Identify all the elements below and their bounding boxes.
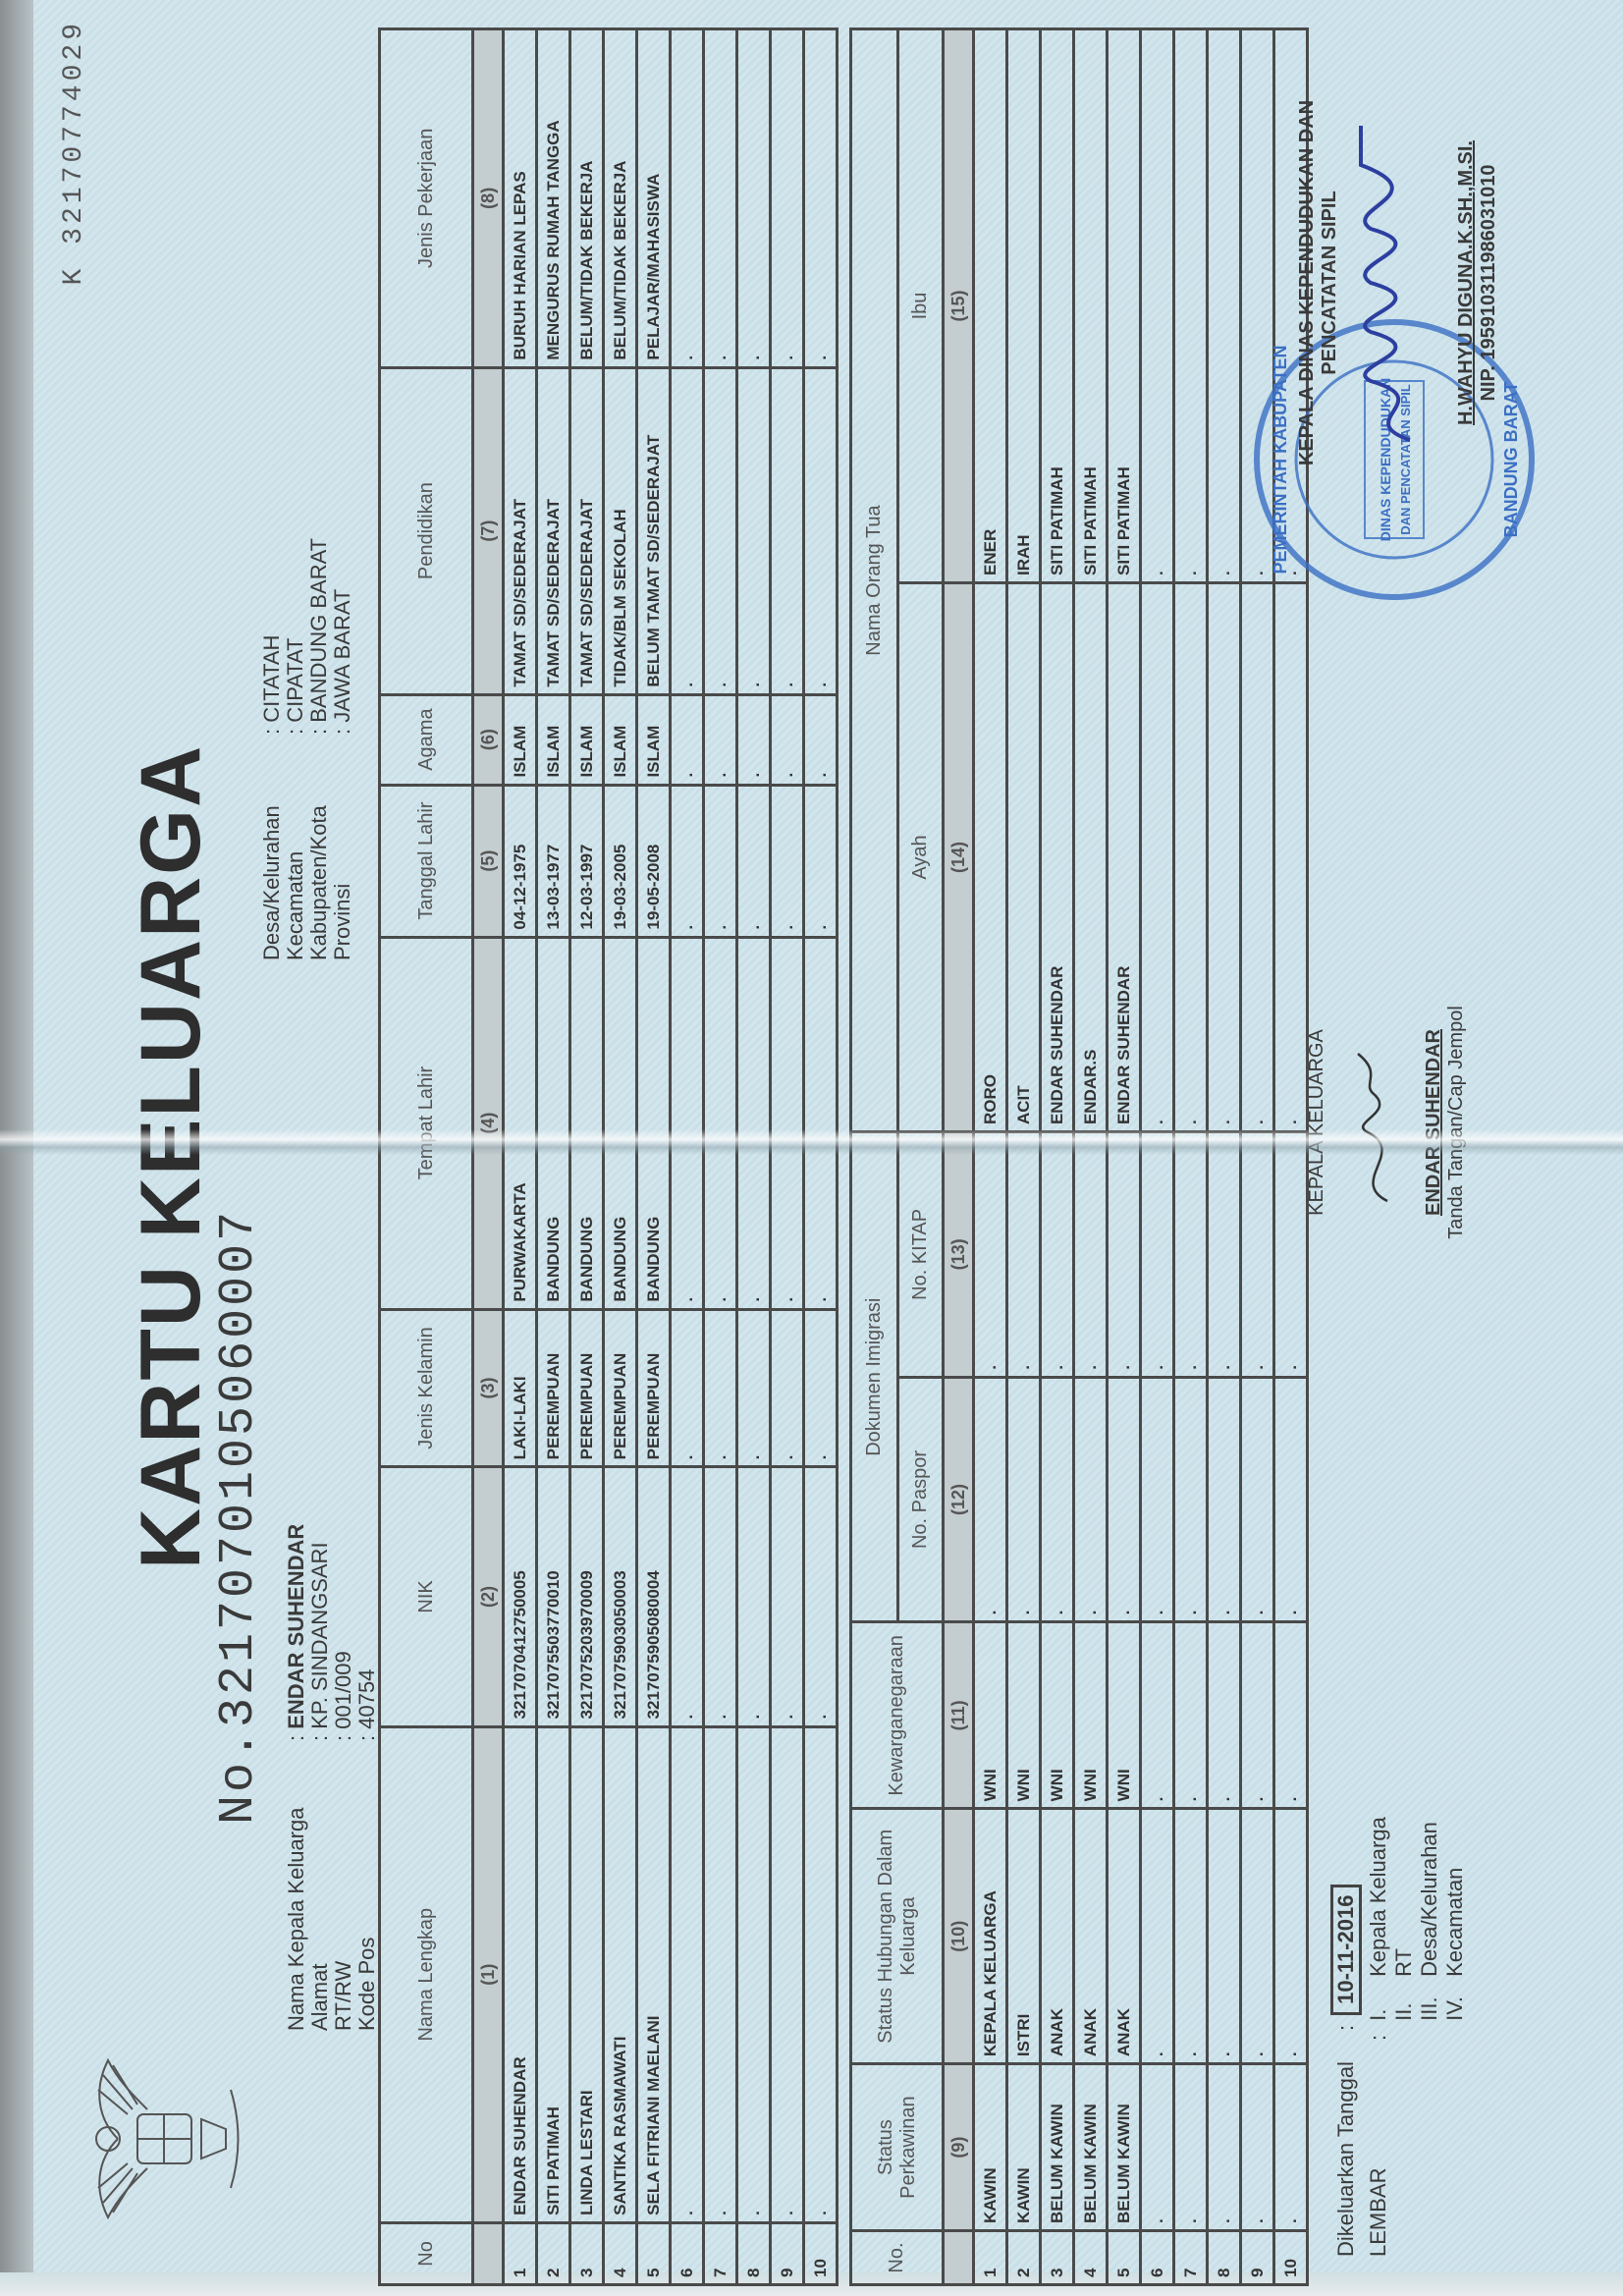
- head-of-family-info: Nama Kepala Keluarga: ENDAR SUHENDAR Ala…: [285, 1524, 379, 2031]
- colnum: (12): [944, 1377, 974, 1622]
- civil-status-cell: 9: [1241, 2231, 1274, 2285]
- member-cell: BELUM/TIDAK BEKERJA: [570, 29, 604, 368]
- value-desa: CITATAH: [260, 635, 284, 723]
- civil-status-cell: ANAK: [1074, 1809, 1108, 2064]
- member-cell: PELAJAR/MAHASISWA: [637, 29, 671, 368]
- th-jenis-kelamin: Jenis Kelamin: [380, 1309, 473, 1467]
- member-cell: 10: [804, 2222, 838, 2284]
- civil-status-cell: ANAK: [1041, 1809, 1074, 2064]
- th2-status-perkawinan: Status Perkawinan: [851, 2064, 944, 2231]
- member-cell: ISLAM: [637, 694, 671, 785]
- civil-status-row: 7.......: [1174, 29, 1208, 2285]
- civil-status-cell: ENER: [974, 29, 1007, 583]
- civil-status-cell: .: [1141, 1377, 1174, 1622]
- member-cell: .: [737, 1726, 771, 2222]
- member-row: 8........: [737, 29, 771, 2285]
- member-cell: BANDUNG: [637, 937, 671, 1309]
- member-cell: LINDA LESTARI: [570, 1726, 604, 2222]
- civil-status-cell: ENDAR.S: [1074, 582, 1108, 1131]
- colnum: (7): [473, 367, 504, 694]
- member-cell: .: [704, 785, 737, 937]
- th-no: No: [380, 2222, 473, 2284]
- value-kabupaten: BANDUNG BARAT: [307, 538, 331, 723]
- member-cell: .: [671, 29, 704, 368]
- label-desa: Desa/Kelurahan: [260, 735, 284, 960]
- civil-status-cell: SITI PATIMAH: [1041, 29, 1074, 583]
- member-cell: 6: [671, 2222, 704, 2284]
- member-cell: .: [704, 694, 737, 785]
- civil-status-cell: .: [1208, 1622, 1241, 1809]
- th2-no-kitap: No. KITAP: [898, 1132, 944, 1378]
- civil-status-cell: .: [1074, 1132, 1108, 1378]
- civil-status-cell: BELUM KAWIN: [1074, 2064, 1108, 2231]
- member-cell: 5: [637, 2222, 671, 2284]
- member-cell: ISLAM: [504, 694, 537, 785]
- sig-official-nip: NIP. 195910311986031010: [1478, 37, 1500, 528]
- member-cell: .: [704, 1726, 737, 2222]
- member-cell: 4: [604, 2222, 637, 2284]
- civil-status-cell: .: [974, 1377, 1007, 1622]
- sig-head-title: KEPALA KELUARGA: [1306, 960, 1328, 1285]
- value-nama-kepala: ENDAR SUHENDAR: [285, 1524, 308, 1729]
- civil-status-cell: .: [1208, 1377, 1241, 1622]
- civil-status-cell: .: [1241, 1622, 1274, 1809]
- civil-status-cell: .: [1141, 1132, 1174, 1378]
- issue-info: Dikeluarkan Tanggal : 10-11-2016 LEMBAR …: [1330, 1817, 1468, 2257]
- sig-official-title1: KEPALA DINAS KEPENDUDUKAN DAN: [1296, 37, 1319, 528]
- colnum: (10): [944, 1809, 974, 2064]
- member-cell: .: [804, 937, 838, 1309]
- label-kecamatan: Kecamatan: [284, 735, 307, 960]
- civil-status-cell: 10: [1274, 2231, 1308, 2285]
- member-cell: TIDAK/BLM SEKOLAH: [604, 367, 637, 694]
- label-kabupaten: Kabupaten/Kota: [307, 735, 331, 960]
- civil-status-cell: KAWIN: [974, 2064, 1007, 2231]
- civil-status-cell: .: [1141, 1809, 1174, 2064]
- member-cell: .: [704, 29, 737, 368]
- member-cell: BELUM/TIDAK BEKERJA: [604, 29, 637, 368]
- official-handwritten-signature-icon: [1341, 106, 1449, 460]
- label-provinsi: Provinsi: [331, 735, 354, 960]
- civil-status-cell: 2: [1007, 2231, 1041, 2285]
- civil-status-cell: .: [1208, 2064, 1241, 2231]
- value-kode-pos: 40754: [355, 1669, 379, 1729]
- member-cell: .: [771, 785, 804, 937]
- th-pendidikan: Pendidikan: [380, 367, 473, 694]
- th2-no: No.: [851, 2231, 944, 2285]
- civil-status-cell: .: [1108, 1377, 1141, 1622]
- member-cell: 3: [570, 2222, 604, 2284]
- civil-status-cell: .: [1274, 1377, 1308, 1622]
- sig-head-caption: Tanda Tangan/Cap Jempol: [1445, 960, 1468, 1285]
- civil-status-row: 6.......: [1141, 29, 1174, 2285]
- civil-status-row: 1KAWINKEPALA KELUARGAWNI..ROROENER: [974, 29, 1007, 2285]
- member-cell: SANTIKA RASMAWATI: [604, 1726, 637, 2222]
- member-cell: .: [671, 367, 704, 694]
- member-cell: .: [804, 367, 838, 694]
- member-cell: .: [771, 937, 804, 1309]
- issued-label: Dikeluarkan Tanggal: [1333, 2041, 1359, 2257]
- member-cell: PEREMPUAN: [537, 1309, 570, 1467]
- member-cell: TAMAT SD/SEDERAJAT: [570, 367, 604, 694]
- member-cell: 3217075503770010: [537, 1467, 570, 1726]
- civil-status-cell: .: [1241, 1132, 1274, 1378]
- member-cell: .: [737, 1467, 771, 1726]
- civil-status-cell: IRAH: [1007, 29, 1041, 583]
- sig-official-title2: PENCATATAN SIPIL: [1319, 37, 1341, 528]
- member-row: 2SITI PATIMAH3217075503770010PEREMPUANBA…: [537, 29, 570, 2285]
- member-cell: SITI PATIMAH: [537, 1726, 570, 2222]
- civil-status-cell: BELUM KAWIN: [1108, 2064, 1141, 2231]
- colnum: (14): [944, 582, 974, 1131]
- civil-status-cell: ACIT: [1007, 582, 1041, 1131]
- member-cell: 8: [737, 2222, 771, 2284]
- member-row: 9........: [771, 29, 804, 2285]
- member-row: 1ENDAR SUHENDAR3217070412750005LAKI-LAKI…: [504, 29, 537, 2285]
- colnum: (6): [473, 694, 504, 785]
- member-cell: ISLAM: [570, 694, 604, 785]
- member-cell: .: [737, 1309, 771, 1467]
- member-cell: 3217075905080004: [637, 1467, 671, 1726]
- civil-status-cell: 8: [1208, 2231, 1241, 2285]
- civil-status-cell: .: [1041, 1377, 1074, 1622]
- member-cell: .: [704, 937, 737, 1309]
- value-alamat: KP. SINDANGSARI: [308, 1542, 332, 1728]
- kk-number: No.3217070105060007: [211, 1209, 267, 1825]
- lembar-item: Desa/Kelurahan: [1417, 1822, 1441, 1977]
- member-cell: 19-05-2008: [637, 785, 671, 937]
- document-title: KARTU KELUARGA: [123, 744, 220, 1569]
- member-cell: .: [704, 1467, 737, 1726]
- member-cell: .: [671, 785, 704, 937]
- member-cell: 2: [537, 2222, 570, 2284]
- civil-status-cell: .: [1174, 2064, 1208, 2231]
- civil-status-cell: .: [1174, 1622, 1208, 1809]
- civil-status-cell: .: [1141, 29, 1174, 583]
- member-cell: 3217075903050003: [604, 1467, 637, 1726]
- civil-status-cell: ENDAR SUHENDAR: [1041, 582, 1074, 1131]
- member-cell: PURWAKARTA: [504, 937, 537, 1309]
- civil-status-cell: .: [1208, 29, 1241, 583]
- civil-status-cell: .: [1208, 1132, 1241, 1378]
- civil-status-cell: 5: [1108, 2231, 1141, 2285]
- th-pekerjaan: Jenis Pekerjaan: [380, 29, 473, 368]
- colnum: (8): [473, 29, 504, 368]
- civil-status-cell: KEPALA KELUARGA: [974, 1809, 1007, 2064]
- colnum: (4): [473, 937, 504, 1309]
- civil-status-cell: ANAK: [1108, 1809, 1141, 2064]
- civil-status-table: No. Status Perkawinan Status Hubungan Da…: [849, 27, 1309, 2286]
- civil-status-cell: .: [1074, 1377, 1108, 1622]
- civil-status-cell: .: [1174, 1377, 1208, 1622]
- member-cell: .: [737, 937, 771, 1309]
- civil-status-row: 2KAWINISTRIWNI..ACITIRAH: [1007, 29, 1041, 2285]
- civil-status-cell: .: [1174, 1132, 1208, 1378]
- member-cell: .: [771, 694, 804, 785]
- member-cell: .: [804, 1309, 838, 1467]
- member-cell: 19-03-2005: [604, 785, 637, 937]
- lembar-item: Kepala Keluarga: [1366, 1817, 1390, 1977]
- member-cell: 04-12-1975: [504, 785, 537, 937]
- colnum: (13): [944, 1132, 974, 1378]
- civil-status-cell: .: [1041, 1132, 1074, 1378]
- lembar-roman: II.: [1391, 1977, 1417, 2021]
- member-cell: PEREMPUAN: [637, 1309, 671, 1467]
- member-cell: LAKI-LAKI: [504, 1309, 537, 1467]
- th2-dokumen-imigrasi: Dokumen Imigrasi: [851, 1132, 898, 1622]
- member-row: 3LINDA LESTARI3217075203970009PEREMPUANB…: [570, 29, 604, 2285]
- column-number-row: (9) (10) (11) (12) (13) (14) (15): [944, 29, 974, 2285]
- civil-status-cell: WNI: [1108, 1622, 1141, 1809]
- value-provinsi: JAWA BARAT: [331, 589, 354, 723]
- member-cell: BANDUNG: [570, 937, 604, 1309]
- civil-status-cell: RORO: [974, 582, 1007, 1131]
- civil-status-cell: .: [1274, 1132, 1308, 1378]
- region-info: Desa/Kelurahan: CITATAH Kecamatan: CIPAT…: [260, 538, 354, 960]
- member-cell: PEREMPUAN: [570, 1309, 604, 1467]
- member-cell: .: [771, 1467, 804, 1726]
- civil-status-cell: .: [1274, 582, 1308, 1131]
- member-cell: .: [671, 694, 704, 785]
- civil-status-cell: .: [1141, 2064, 1174, 2231]
- lembar-label: LEMBAR: [1366, 2041, 1468, 2257]
- colnum: (5): [473, 785, 504, 937]
- th-nik: NIK: [380, 1467, 473, 1726]
- member-cell: TAMAT SD/SEDERAJAT: [504, 367, 537, 694]
- member-cell: BELUM TAMAT SD/SEDERAJAT: [637, 367, 671, 694]
- member-cell: .: [737, 694, 771, 785]
- member-cell: ISLAM: [604, 694, 637, 785]
- civil-status-cell: 1: [974, 2231, 1007, 2285]
- member-cell: .: [804, 785, 838, 937]
- civil-status-cell: ISTRI: [1007, 1809, 1041, 2064]
- value-kecamatan: CIPATAT: [284, 637, 307, 722]
- lembar-roman: III.: [1417, 1977, 1442, 2021]
- th-tanggal-lahir: Tanggal Lahir: [380, 785, 473, 937]
- member-cell: .: [804, 694, 838, 785]
- th2-ibu: Ibu: [898, 29, 944, 583]
- civil-status-cell: .: [1241, 1377, 1274, 1622]
- civil-status-cell: .: [1241, 1809, 1274, 2064]
- label-kode-pos: Kode Pos: [355, 1741, 379, 2031]
- civil-status-cell: 4: [1074, 2231, 1108, 2285]
- civil-status-cell: .: [1007, 1132, 1041, 1378]
- handwritten-signature-icon: [1328, 1024, 1417, 1221]
- members-table: No Nama Lengkap NIK Jenis Kelamin Tempat…: [378, 27, 839, 2286]
- member-cell: .: [804, 29, 838, 368]
- member-cell: 12-03-1997: [570, 785, 604, 937]
- civil-status-cell: .: [1241, 582, 1274, 1131]
- member-row: 4SANTIKA RASMAWATI3217075903050003PEREMP…: [604, 29, 637, 2285]
- member-cell: BANDUNG: [604, 937, 637, 1309]
- lembar-item: Kecamatan: [1442, 1868, 1467, 1977]
- column-number-row: (1) (2) (3) (4) (5) (6) (7) (8): [473, 29, 504, 2285]
- member-row: 5SELA FITRIANI MAELANI3217075905080004PE…: [637, 29, 671, 2285]
- civil-status-cell: BELUM KAWIN: [1041, 2064, 1074, 2231]
- colnum: (9): [944, 2064, 974, 2231]
- th2-kewarganegaraan: Kewarganegaraan: [851, 1622, 944, 1809]
- th2-status-hubungan: Status Hubungan Dalam Keluarga: [851, 1809, 944, 2064]
- members-table-body: 1ENDAR SUHENDAR3217070412750005LAKI-LAKI…: [504, 29, 838, 2285]
- member-cell: 13-03-1977: [537, 785, 570, 937]
- colnum: (3): [473, 1309, 504, 1467]
- civil-status-cell: .: [1007, 1377, 1041, 1622]
- member-cell: .: [771, 29, 804, 368]
- member-cell: BANDUNG: [537, 937, 570, 1309]
- label-nama-kepala: Nama Kepala Keluarga: [285, 1741, 308, 2031]
- colnum: [473, 2222, 504, 2284]
- lembar-roman: IV.: [1442, 1977, 1468, 2021]
- civil-status-cell: 6: [1141, 2231, 1174, 2285]
- official-signature: KEPALA DINAS KEPENDUDUKAN DAN PENCATATAN…: [1296, 37, 1500, 528]
- member-cell: .: [671, 1467, 704, 1726]
- lembar-roman: I.: [1366, 1977, 1391, 2021]
- member-cell: .: [737, 367, 771, 694]
- label-rtrw: RT/RW: [332, 1741, 355, 2031]
- family-card-document: K 32170774029 KARTU KELUARGA No.32170701…: [0, 0, 1623, 2296]
- member-cell: .: [804, 1467, 838, 1726]
- head-of-family-signature: KEPALA KELUARGA ENDAR SUHENDAR Tanda Tan…: [1306, 960, 1468, 1285]
- lembar-item: RT: [1391, 1948, 1416, 1977]
- civil-status-cell: WNI: [1007, 1622, 1041, 1809]
- member-cell: 9: [771, 2222, 804, 2284]
- member-cell: .: [671, 937, 704, 1309]
- civil-status-cell: .: [1274, 1809, 1308, 2064]
- member-cell: .: [771, 367, 804, 694]
- svg-text:PEMERINTAH KABUPATEN: PEMERINTAH KABUPATEN: [1271, 346, 1290, 574]
- member-cell: .: [671, 1726, 704, 2222]
- civil-status-cell: .: [1174, 29, 1208, 583]
- th2-ayah: Ayah: [898, 582, 944, 1131]
- member-cell: 3217075203970009: [570, 1467, 604, 1726]
- civil-status-cell: WNI: [1074, 1622, 1108, 1809]
- civil-status-cell: .: [974, 1132, 1007, 1378]
- member-cell: 3217070412750005: [504, 1467, 537, 1726]
- label-alamat: Alamat: [308, 1741, 332, 2031]
- member-cell: 1: [504, 2222, 537, 2284]
- member-cell: SELA FITRIANI MAELANI: [637, 1726, 671, 2222]
- member-row: 6........: [671, 29, 704, 2285]
- colnum: (2): [473, 1467, 504, 1726]
- sig-official-name: H.WAHYU DIGUNA.K.SH.,M.SI.: [1455, 37, 1478, 528]
- member-cell: ISLAM: [537, 694, 570, 785]
- civil-status-cell: .: [1108, 1132, 1141, 1378]
- th-agama: Agama: [380, 694, 473, 785]
- civil-status-cell: .: [1274, 2064, 1308, 2231]
- member-row: 7........: [704, 29, 737, 2285]
- civil-status-cell: 3: [1041, 2231, 1074, 2285]
- member-cell: .: [704, 367, 737, 694]
- civil-status-cell: ENDAR SUHENDAR: [1108, 582, 1141, 1131]
- th2-nama-orang-tua: Nama Orang Tua: [851, 29, 898, 1132]
- civil-status-cell: .: [1208, 582, 1241, 1131]
- civil-status-cell: .: [1174, 582, 1208, 1131]
- member-cell: BURUH HARIAN LEPAS: [504, 29, 537, 368]
- svg-text:BANDUNG BARAT: BANDUNG BARAT: [1501, 382, 1521, 538]
- issued-date: 10-11-2016: [1330, 1885, 1362, 2015]
- civil-status-row: 8.......: [1208, 29, 1241, 2285]
- member-cell: .: [737, 785, 771, 937]
- member-cell: .: [771, 1726, 804, 2222]
- civil-status-cell: .: [1141, 1622, 1174, 1809]
- sig-head-name: ENDAR SUHENDAR: [1423, 960, 1445, 1285]
- member-cell: .: [671, 1309, 704, 1467]
- civil-status-cell: .: [1141, 582, 1174, 1131]
- civil-status-row: 5BELUM KAWINANAKWNI..ENDAR SUHENDARSITI …: [1108, 29, 1141, 2285]
- colnum: (1): [473, 1726, 504, 2222]
- civil-status-cell: WNI: [1041, 1622, 1074, 1809]
- civil-status-cell: .: [1241, 2064, 1274, 2231]
- serial-number: K 32170774029: [59, 20, 89, 285]
- th-nama: Nama Lengkap: [380, 1726, 473, 2222]
- member-cell: TAMAT SD/SEDERAJAT: [537, 367, 570, 694]
- th2-no-paspor: No. Paspor: [898, 1377, 944, 1622]
- civil-status-cell: .: [1174, 1809, 1208, 2064]
- member-cell: .: [804, 1726, 838, 2222]
- member-cell: PEREMPUAN: [604, 1309, 637, 1467]
- civil-status-row: 3BELUM KAWINANAKWNI..ENDAR SUHENDARSITI …: [1041, 29, 1074, 2285]
- member-cell: .: [737, 29, 771, 368]
- colnum: (11): [944, 1622, 974, 1809]
- lembar-list: I.Kepala Keluarga II.RT III.Desa/Kelurah…: [1366, 1817, 1468, 2021]
- civil-status-cell: KAWIN: [1007, 2064, 1041, 2231]
- member-cell: MENGURUS RUMAH TANGGA: [537, 29, 570, 368]
- member-cell: .: [771, 1309, 804, 1467]
- civil-status-row: 4BELUM KAWINANAKWNI..ENDAR.SSITI PATIMAH: [1074, 29, 1108, 2285]
- colnum: [944, 2231, 974, 2285]
- member-cell: 7: [704, 2222, 737, 2284]
- civil-status-cell: 7: [1174, 2231, 1208, 2285]
- member-cell: .: [704, 1309, 737, 1467]
- member-cell: ENDAR SUHENDAR: [504, 1726, 537, 2222]
- civil-status-cell: SITI PATIMAH: [1074, 29, 1108, 583]
- civil-status-cell: SITI PATIMAH: [1108, 29, 1141, 583]
- value-rtrw: 001/009: [332, 1651, 355, 1729]
- th-tempat-lahir: Tempat Lahir: [380, 937, 473, 1309]
- civil-status-cell: .: [1274, 1622, 1308, 1809]
- civil-status-cell: WNI: [974, 1622, 1007, 1809]
- civil-status-cell: .: [1208, 1809, 1241, 2064]
- member-row: 10........: [804, 29, 838, 2285]
- colnum: (15): [944, 29, 974, 583]
- garuda-emblem-icon: [79, 2050, 245, 2227]
